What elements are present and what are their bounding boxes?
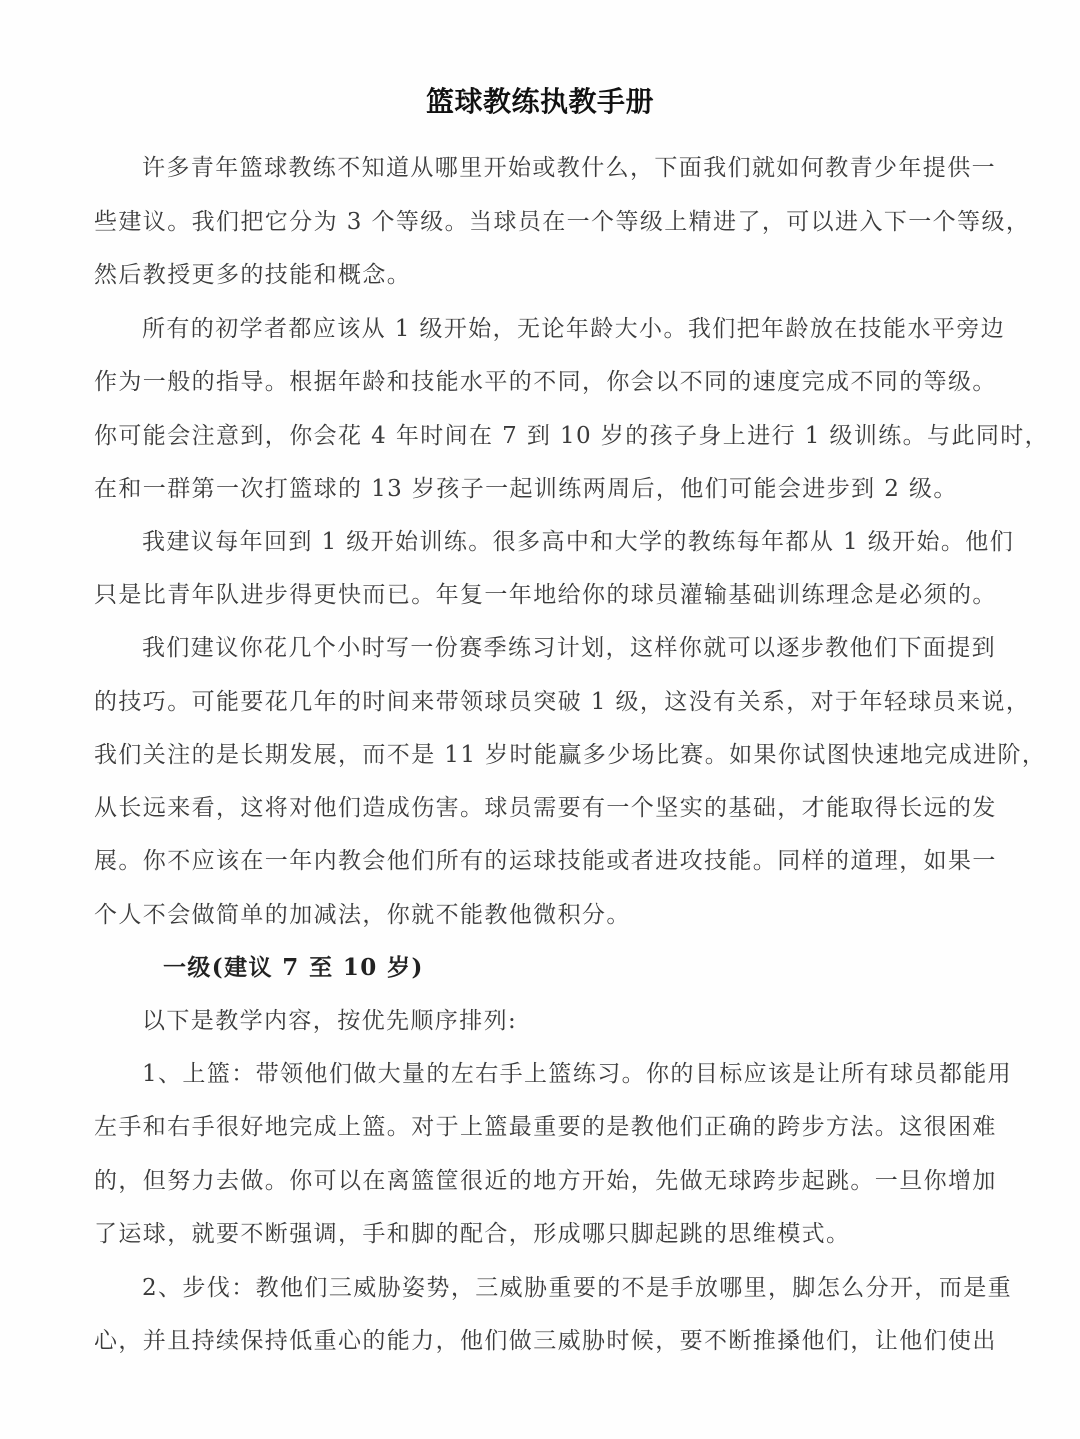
paragraph-1-line-3: 然后教授更多的技能和概念。 — [94, 259, 994, 291]
document-page: 篮球教练执教手册 许多青年篮球教练不知道从哪里开始或教什么，下面我们就如何教青少… — [0, 0, 1080, 1439]
section-intro: 以下是教学内容，按优先顺序排列: — [142, 1005, 1042, 1037]
paragraph-1-line-2: 些建议。我们把它分为 3 个等级。当球员在一个等级上精进了，可以进入下一个等级， — [94, 206, 994, 238]
section-heading-level-1: 一级(建议 7 至 10 岁) — [163, 952, 1063, 984]
paragraph-2-line-3: 你可能会注意到，你会花 4 年时间在 7 到 10 岁的孩子身上进行 1 级训练… — [94, 420, 994, 452]
paragraph-2-line-4: 在和一群第一次打篮球的 13 岁孩子一起训练两周后，他们可能会进步到 2 级。 — [94, 473, 994, 505]
document-title: 篮球教练执教手册 — [0, 84, 1080, 124]
paragraph-3-line-2: 只是比青年队进步得更快而已。年复一年地给你的球员灌输基础训练理念是必须的。 — [94, 579, 994, 611]
paragraph-4-line-3: 我们关注的是长期发展，而不是 11 岁时能赢多少场比赛。如果你试图快速地完成进阶… — [94, 739, 994, 771]
paragraph-1-line-1: 许多青年篮球教练不知道从哪里开始或教什么，下面我们就如何教青少年提供一 — [142, 152, 1042, 184]
paragraph-2-line-1: 所有的初学者都应该从 1 级开始，无论年龄大小。我们把年龄放在技能水平旁边 — [142, 313, 1042, 345]
paragraph-4-line-5: 展。你不应该在一年内教会他们所有的运球技能或者进攻技能。同样的道理，如果一 — [94, 845, 994, 877]
item-2-line-1: 2、步伐：教他们三威胁姿势，三威胁重要的不是手放哪里，脚怎么分开，而是重 — [142, 1272, 1042, 1304]
item-1-line-3: 的，但努力去做。你可以在离篮筐很近的地方开始，先做无球跨步起跳。一旦你增加 — [94, 1165, 994, 1197]
paragraph-3-line-1: 我建议每年回到 1 级开始训练。很多高中和大学的教练每年都从 1 级开始。他们 — [142, 526, 1042, 558]
item-1-line-4: 了运球，就要不断强调，手和脚的配合，形成哪只脚起跳的思维模式。 — [94, 1218, 994, 1250]
paragraph-4-line-4: 从长远来看，这将对他们造成伤害。球员需要有一个坚实的基础，才能取得长远的发 — [94, 792, 994, 824]
paragraph-4-line-2: 的技巧。可能要花几年的时间来带领球员突破 1 级，这没有关系，对于年轻球员来说， — [94, 686, 994, 718]
item-1-line-2: 左手和右手很好地完成上篮。对于上篮最重要的是教他们正确的跨步方法。这很困难 — [94, 1111, 994, 1143]
paragraph-2-line-2: 作为一般的指导。根据年龄和技能水平的不同，你会以不同的速度完成不同的等级。 — [94, 366, 994, 398]
item-2-line-2: 心，并且持续保持低重心的能力，他们做三威胁时候，要不断推搡他们，让他们使出 — [94, 1325, 994, 1357]
item-1-line-1: 1、上篮：带领他们做大量的左右手上篮练习。你的目标应该是让所有球员都能用 — [142, 1058, 1042, 1090]
paragraph-4-line-6: 个人不会做简单的加减法，你就不能教他微积分。 — [94, 899, 994, 931]
paragraph-4-line-1: 我们建议你花几个小时写一份赛季练习计划，这样你就可以逐步教他们下面提到 — [142, 632, 1042, 664]
